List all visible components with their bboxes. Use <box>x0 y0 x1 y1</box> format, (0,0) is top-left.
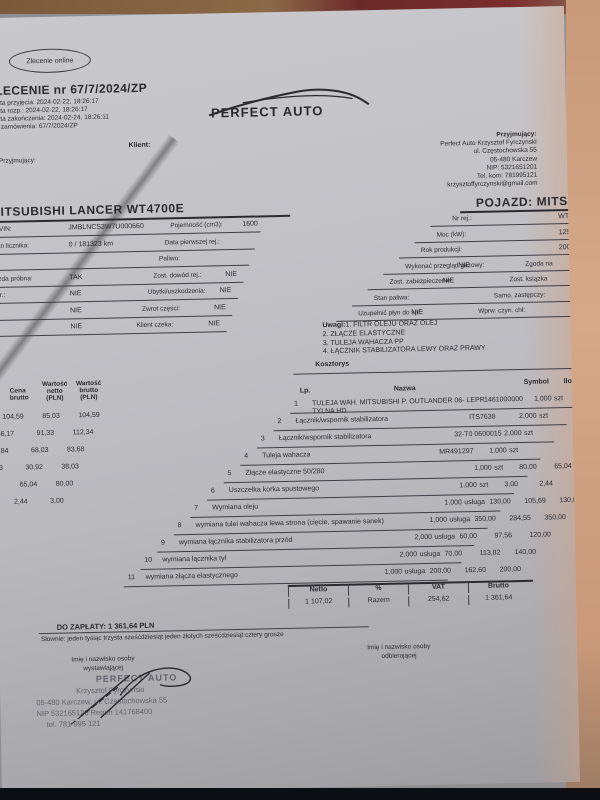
vehicle-field-label: Jazda próbna: <box>0 275 33 283</box>
vehicle-field-label: Zost. dowód rej.: <box>153 271 201 279</box>
item-price: 38,03 <box>0 465 3 472</box>
item-name: wymiana tulei wahacza lewa strona (cięci… <box>196 518 396 530</box>
item-price: 80,00 <box>519 464 537 471</box>
background-edge <box>0 788 600 800</box>
item-name: Uszczelka korka spustowego <box>229 485 319 494</box>
vehicle-field-label: Zwrot części: <box>142 305 180 313</box>
item-symbol: MR491297 <box>439 448 473 456</box>
item-price: 70,00 <box>444 550 462 557</box>
item-net: 113,82 <box>479 549 500 556</box>
vehicle-field-value: NIE <box>70 307 82 314</box>
col-net: Wartość netto (PLN) <box>40 380 70 402</box>
vehicle-right-label: Wykonać przegląd gazowy: <box>405 261 484 270</box>
vehicle-field-value: 1600 <box>242 220 258 227</box>
item-symbol: ITS7638 <box>469 414 496 422</box>
item-qty: 2,000 <box>399 551 417 558</box>
item-qty: 1,000 <box>474 465 492 472</box>
item-gross: 140,00 <box>514 549 536 556</box>
item-unit: usługa <box>449 516 470 523</box>
item-gross: 83,68 <box>67 446 85 453</box>
vehicle-right-label: Stan paliwa: <box>374 294 410 302</box>
vehicle-field-label: Paliwo: <box>159 255 180 262</box>
vehicle-field-label: Data pierwszej rej.: <box>165 238 220 246</box>
item-price: 104,59 <box>2 413 24 420</box>
item-unit: szt <box>479 482 488 489</box>
item-price: 350,00 <box>474 516 496 523</box>
item-price: 130,00 <box>489 498 511 505</box>
vehicle-field-value: NIE <box>225 270 237 277</box>
order-title: ZLECENIE nr 67/7/2024/ZP <box>0 81 147 98</box>
item-price: 60,00 <box>459 533 477 540</box>
vehicle-field-value: NIE <box>208 320 220 327</box>
row-number: 10 <box>144 557 152 564</box>
item-net: 68,03 <box>31 447 49 454</box>
item-name: wymiana łącznika tył <box>162 555 226 563</box>
item-gross: 3,00 <box>50 498 64 505</box>
receiver-signature-label: Imię i nazwisko osoby odbierającej <box>367 643 431 661</box>
item-gross: 200,00 <box>500 566 522 573</box>
vehicle-field-value: TAK <box>69 274 82 281</box>
item-net: 30,92 <box>25 464 43 471</box>
item-price: 3,00 <box>504 481 518 488</box>
vehicle-right-label: Moc (kW): <box>436 231 466 239</box>
item-unit: szt <box>554 395 563 402</box>
item-net: 105,69 <box>524 498 546 505</box>
item-unit: usługa <box>434 533 455 540</box>
col-price: Cena brutto <box>10 387 40 402</box>
item-net: 2,44 <box>539 480 553 487</box>
handwritten-signature <box>59 654 200 727</box>
item-unit: szt <box>509 447 518 454</box>
item-name: wymiana złącza elastycznego <box>146 572 238 581</box>
item-name: wymiana łącznika stabilizatora przód <box>179 537 293 546</box>
item-name: Tuleja wahacza <box>262 451 311 459</box>
row-number: 6 <box>211 487 215 494</box>
vehicle-field-label: Nr VIN: <box>0 226 12 233</box>
online-order-stamp: Zlecenie online <box>9 48 91 74</box>
vehicle-field-value: NIE <box>214 304 226 311</box>
item-price: 56,17 <box>0 431 14 438</box>
vehicle-field-value: JMBLNCS3W7U000660 <box>68 223 144 232</box>
item-name: Wymiana oleju <box>212 504 258 512</box>
client-label: Klient: <box>129 142 151 149</box>
item-net: 85,03 <box>42 413 60 420</box>
item-name: Łącznik/wspornik stabilizatora <box>295 416 388 425</box>
item-name: Złącze elastyczne 50/280 <box>245 468 324 477</box>
row-number: 8 <box>178 522 182 529</box>
item-unit: usługa <box>464 499 485 506</box>
item-qty: 2,000 <box>504 430 522 437</box>
receiver-label: Przyjmujący: <box>0 157 36 165</box>
row-number: 7 <box>194 505 198 512</box>
row-number: 11 <box>128 574 135 581</box>
item-qty: 1,000 <box>385 569 403 576</box>
item-unit: usługa <box>419 551 440 558</box>
company-logo: PERFECT AUTO <box>202 82 373 122</box>
vehicle-field-value: NIE <box>70 290 82 297</box>
vehicle-field-label: Ubytki/uszkodzenia: <box>148 288 206 296</box>
item-gross: 104,59 <box>78 412 100 419</box>
item-gross: 350,00 <box>544 514 566 521</box>
row-number: 4 <box>244 453 248 460</box>
item-unit: szt <box>524 430 533 437</box>
col-lp: Lp. <box>300 387 311 394</box>
item-net: 284,55 <box>509 515 531 522</box>
item-gross: 112,34 <box>73 429 94 436</box>
item-net: 91,33 <box>37 430 55 437</box>
item-qty: 1,000 <box>534 395 552 402</box>
vehicle-field-label: Kor.: <box>0 292 5 299</box>
vehicle-right-extra: Wprw. czyn. chł: <box>478 307 525 315</box>
vehicle-right-value: NIE <box>458 262 470 269</box>
service-order-document: Zlecenie online ZLECENIE nr 67/7/2024/ZP… <box>0 6 580 794</box>
row-number: 2 <box>277 418 281 425</box>
item-net: 162,60 <box>465 567 487 574</box>
row-number: 5 <box>227 470 231 477</box>
item-net: 2,44 <box>14 498 28 505</box>
item-symbol: 32-T0 0600015 <box>454 430 502 438</box>
vehicle-field-value: 0 / 181323 km <box>69 240 114 248</box>
notes: Uwagi:1. FILTR OLEJU ORAZ OLEJ 2. ZŁĄCZE… <box>322 319 485 358</box>
row-number: 9 <box>161 540 165 547</box>
item-price: 41,84 <box>0 448 9 455</box>
item-net: 65,04 <box>554 463 572 470</box>
item-unit: szt <box>539 412 548 419</box>
item-unit: usługa <box>405 568 426 575</box>
vehicle-right-label: Rok produkcji: <box>421 246 462 254</box>
vehicle-field-value: NIE <box>70 323 82 330</box>
vehicle-heading-right: POJAZD: MITSUBISHI <box>476 193 580 210</box>
vehicle-right-extra: Zost. książka <box>509 275 547 283</box>
item-gross: 120,00 <box>529 531 551 538</box>
vehicle-field-label: Pojemność (cm3): <box>170 221 223 229</box>
item-qty: 2,000 <box>414 534 432 541</box>
item-qty: 1,000 <box>429 517 447 524</box>
item-gross: 80,00 <box>56 480 74 487</box>
item-net: 97,56 <box>494 532 512 539</box>
estimate-title: Kosztorys <box>315 361 349 369</box>
item-qty: 2,000 <box>519 413 537 420</box>
col-gross: Wartość brutto (PLN) <box>74 380 104 402</box>
vehicle-field-label: Klient czeka: <box>136 321 173 329</box>
vehicle-field-label: Stan licznika: <box>0 242 29 250</box>
vehicle-right-label: Nr rej.: <box>452 215 472 222</box>
row-number: 1 <box>294 401 298 408</box>
item-qty: 1,000 <box>459 482 477 489</box>
item-gross: 38,03 <box>61 463 79 470</box>
vehicle-field-value: NIE <box>220 287 232 294</box>
row-number: 3 <box>261 435 265 442</box>
vehicle-title: MITSUBISHI LANCER WT4700E <box>0 201 184 219</box>
col-name: Nazwa <box>394 385 416 392</box>
vehicle-right-value: NIE <box>411 309 423 316</box>
col-symbol: Symbol <box>524 378 549 386</box>
order-meta: Data przyjęcia: 2024-02-22, 18:26:17 Dat… <box>0 98 109 132</box>
vehicle-right-value: NIE <box>442 277 454 284</box>
vehicle-right-extra: Zgoda na <box>525 260 553 268</box>
item-name: Łącznik/wspornik stabilizatora <box>279 433 372 442</box>
item-qty: 1,000 <box>489 447 507 454</box>
vehicle-right-extra: Samo. zastępczy: <box>494 291 545 299</box>
item-unit: szt <box>494 464 503 471</box>
item-net: 65,04 <box>20 481 38 488</box>
item-symbol: 1461000000 <box>484 396 523 404</box>
item-qty: 1,000 <box>444 499 462 506</box>
company-info: Przyjmujący: Perfect Auto Krzysztof Fyrc… <box>440 131 538 190</box>
item-price: 200,00 <box>430 568 452 575</box>
